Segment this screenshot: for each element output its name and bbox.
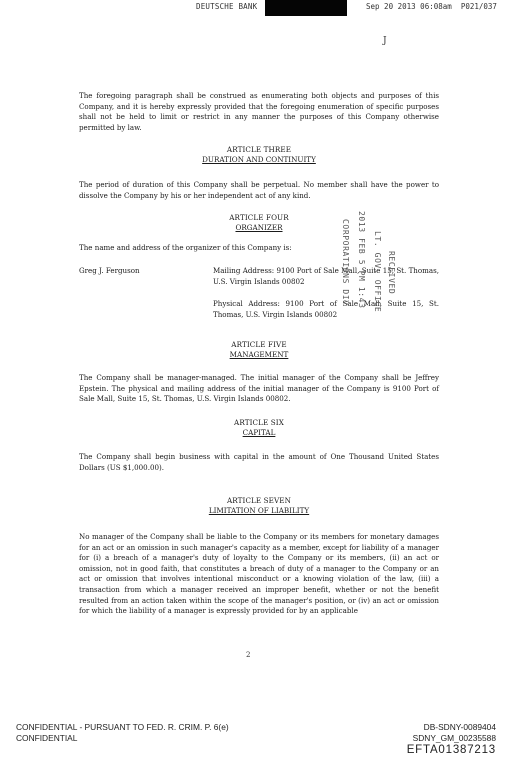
fax-timestamp: Sep 20 2013 06:08am P021/037 — [366, 2, 497, 11]
bates-efta: EFTA01387213 — [407, 744, 496, 757]
fax-time: Sep 20 2013 06:08am — [366, 2, 452, 11]
article-five-text: The Company shall be manager-managed. Th… — [79, 373, 439, 405]
article-title: ARTICLE THREE — [79, 145, 439, 155]
article-title: ARTICLE SIX — [79, 418, 439, 428]
stamp-line: CORPORATIONS DIV — [341, 219, 350, 306]
stamp-line: 2013 FEB 5 PM 1:43 — [357, 211, 366, 309]
stamp-line: RECEIVED — [387, 251, 396, 294]
article-six-heading: ARTICLE SIX CAPITAL — [79, 418, 439, 438]
page-number: 2 — [246, 651, 250, 659]
article-three-heading: ARTICLE THREE DURATION AND CONTINUITY — [79, 145, 439, 165]
fax-page-code: P021/037 — [461, 2, 497, 11]
footer-bates: DB-SDNY-0089404 SDNY_GM_00235588 EFTA013… — [407, 722, 496, 757]
stamp-line: LT. GOV. OFFICE — [373, 231, 382, 312]
intro-paragraph: The foregoing paragraph shall be constru… — [79, 91, 439, 133]
article-subtitle: MANAGEMENT — [79, 350, 439, 360]
article-title: ARTICLE SEVEN — [79, 496, 439, 506]
article-subtitle: CAPITAL — [79, 428, 439, 438]
fax-header: DEUTSCHE BANK Sep 20 2013 06:08am P021/0… — [0, 0, 512, 16]
article-subtitle: DURATION AND CONTINUITY — [79, 155, 439, 165]
stray-mark: J — [383, 36, 387, 46]
article-subtitle: LIMITATION OF LIABILITY — [79, 506, 439, 516]
fax-sender: DEUTSCHE BANK — [196, 2, 257, 11]
footer-left-line2: CONFIDENTIAL — [16, 733, 229, 744]
footer-confidential: CONFIDENTIAL - PURSUANT TO FED. R. CRIM.… — [16, 722, 229, 744]
article-six-text: The Company shall begin business with ca… — [79, 452, 439, 473]
bates-db: DB-SDNY-0089404 — [407, 722, 496, 733]
bates-sdny: SDNY_GM_00235588 — [407, 733, 496, 744]
article-seven-heading: ARTICLE SEVEN LIMITATION OF LIABILITY — [79, 496, 439, 516]
article-three-text: The period of duration of this Company s… — [79, 180, 439, 201]
organizer-name: Greg J. Ferguson — [79, 266, 140, 275]
received-stamp: CORPORATIONS DIV 2013 FEB 5 PM 1:43 LT. … — [336, 205, 446, 345]
footer-left-line1: CONFIDENTIAL - PURSUANT TO FED. R. CRIM.… — [16, 722, 229, 733]
article-seven-text: No manager of the Company shall be liabl… — [79, 532, 439, 617]
redaction-box — [265, 0, 347, 16]
